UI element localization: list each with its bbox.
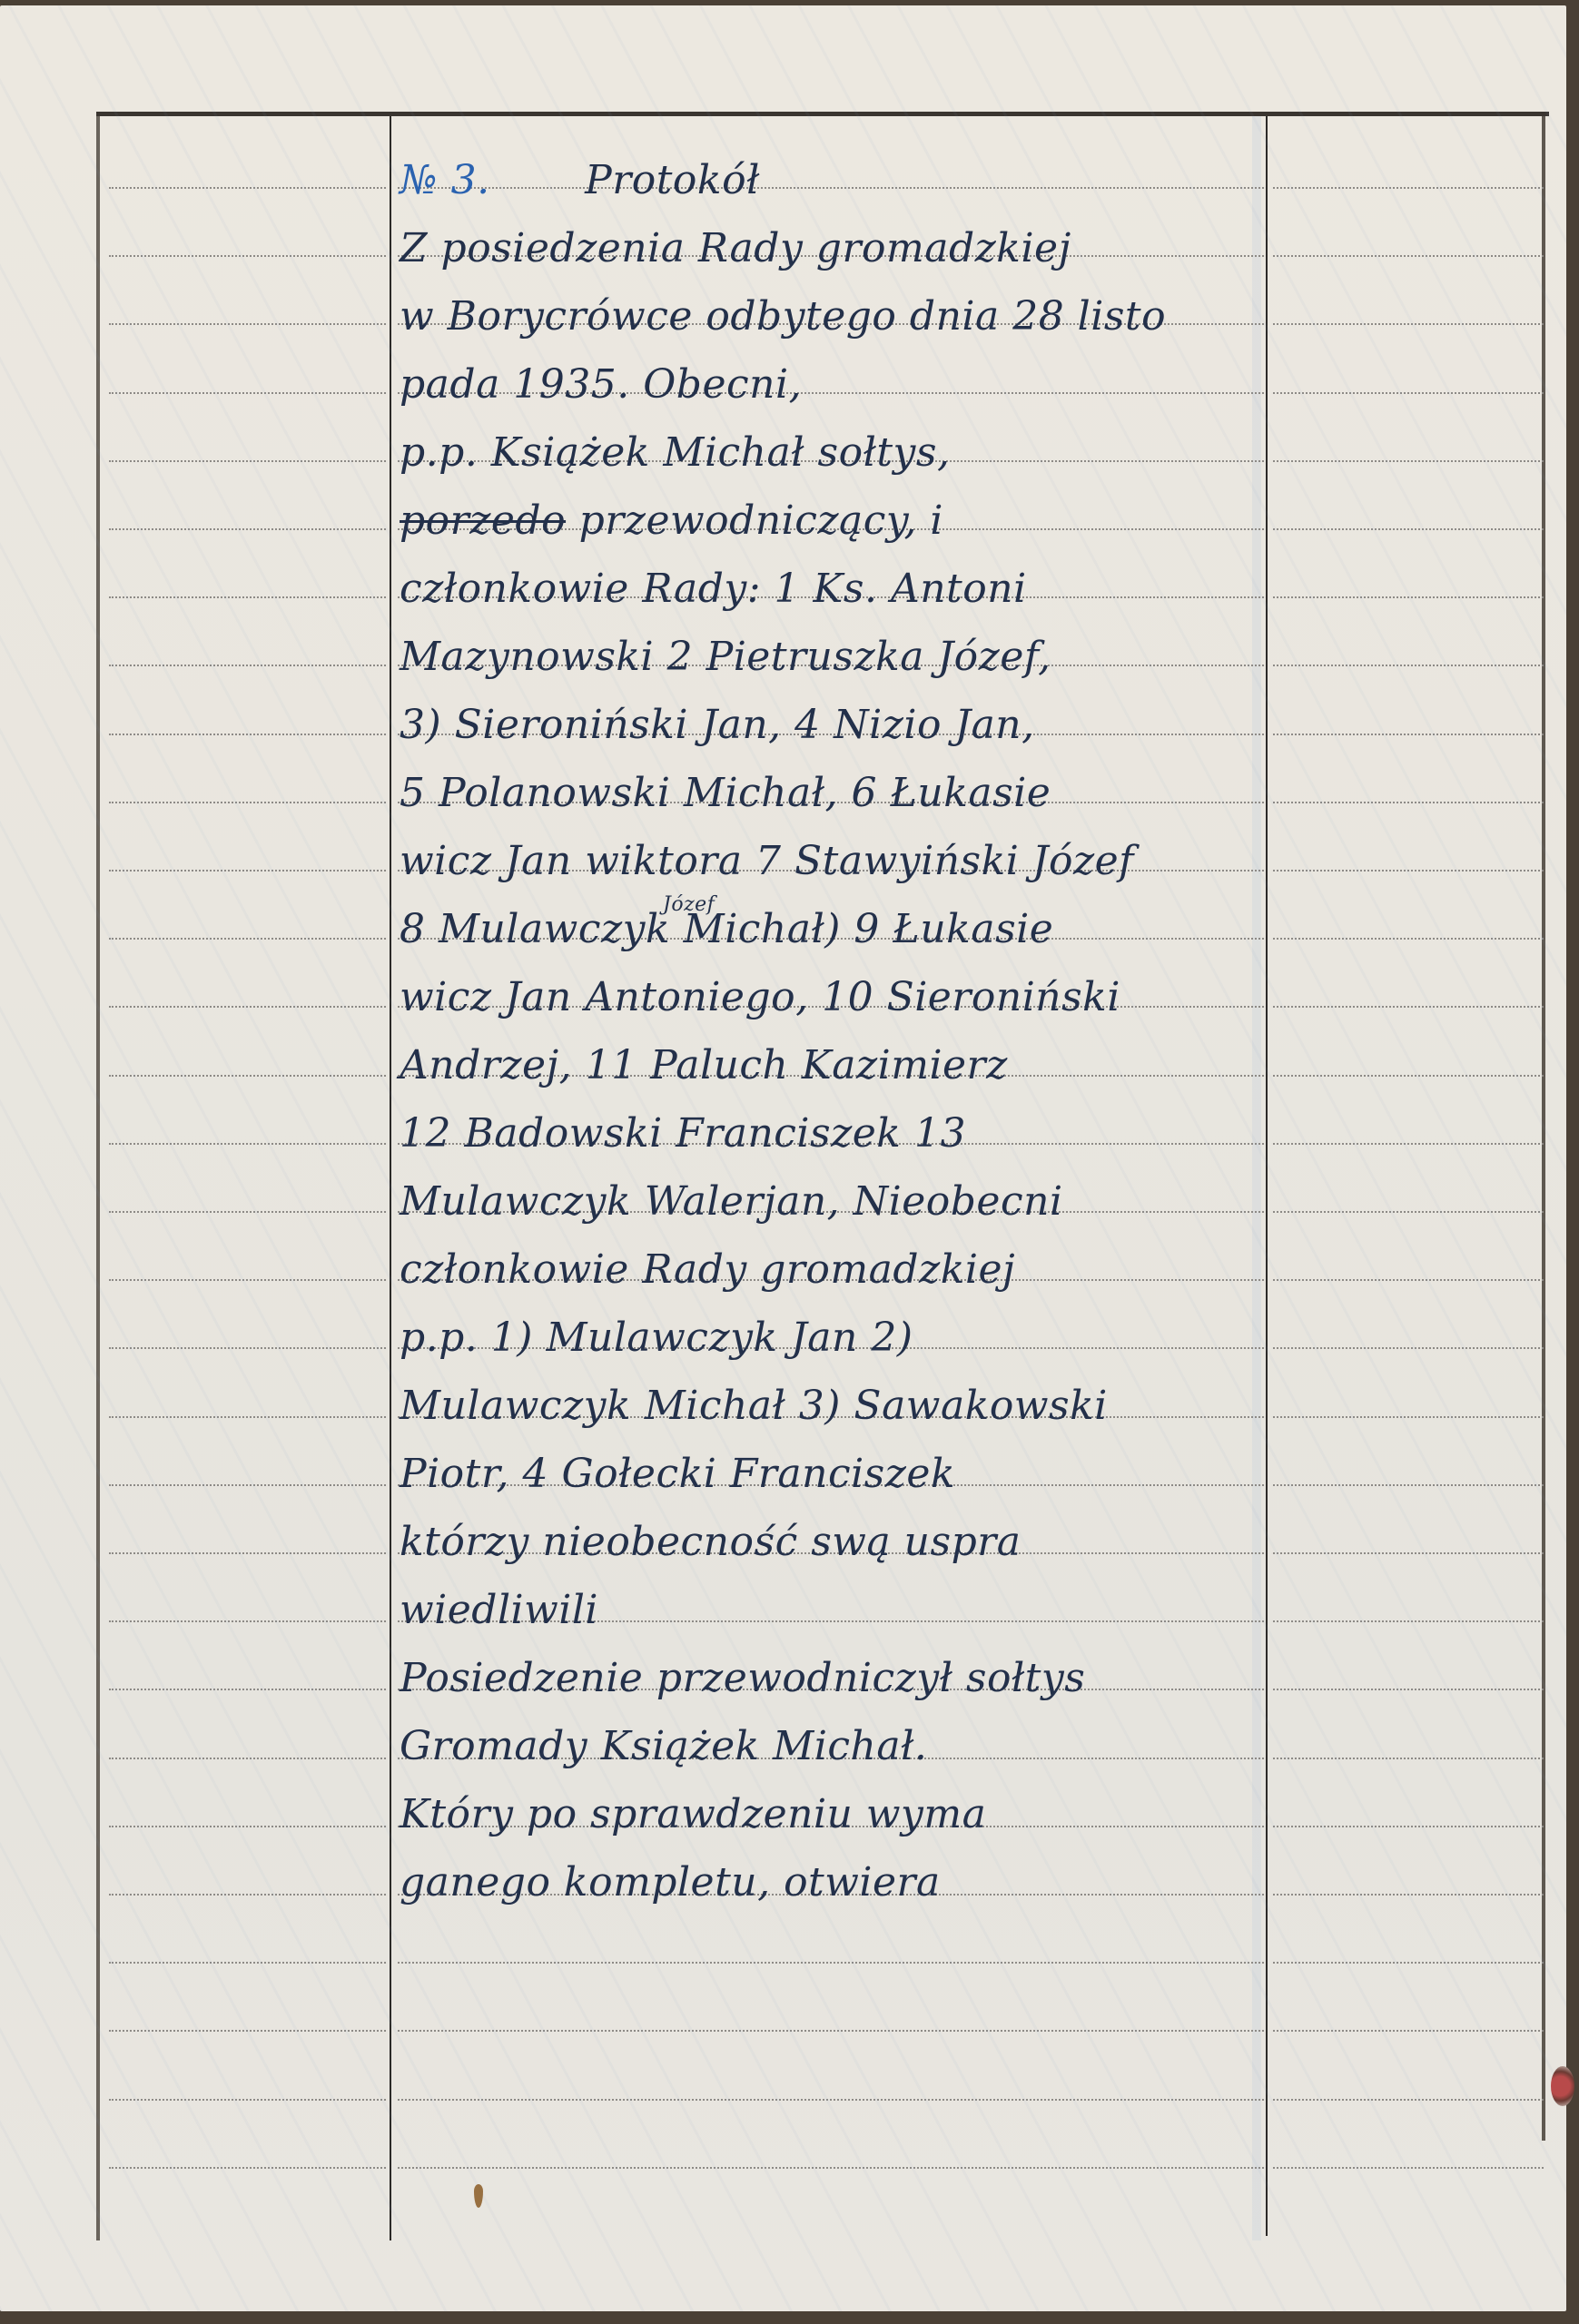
protocol-number: № 3. <box>400 157 490 203</box>
text-line: 5 Polanowski Michał, 6 Łukasie <box>400 759 1271 827</box>
ruled-line <box>398 1962 1264 1964</box>
text-line: którzy nieobecność swą uspra <box>400 1508 1271 1576</box>
ruled-line <box>1273 187 1544 189</box>
ruled-line <box>1273 1894 1544 1896</box>
ruled-line <box>109 1143 386 1145</box>
binding-hole <box>1551 2066 1574 2106</box>
protocol-heading: № 3. Protokół <box>400 146 1271 214</box>
ruled-line <box>398 2030 1264 2032</box>
text-line: 3) Sieroniński Jan, 4 Nizio Jan, <box>400 691 1271 759</box>
ruled-line <box>109 1279 386 1281</box>
ruled-line <box>109 1075 386 1077</box>
ruled-line <box>1273 802 1544 803</box>
left-border-line <box>96 116 100 2240</box>
ruled-line <box>1273 1484 1544 1486</box>
ruled-line <box>1273 1552 1544 1554</box>
text-line: Z posiedzenia Rady gromadzkiej <box>400 214 1271 282</box>
text-line: Gromady Książek Michał. <box>400 1712 1271 1780</box>
ruled-line <box>109 596 386 598</box>
ruled-line <box>1273 1347 1544 1349</box>
inserted-correction: Józef <box>663 895 715 915</box>
text-line: wiedliwili <box>400 1576 1271 1644</box>
ruled-line <box>109 734 386 735</box>
ruled-line <box>398 2099 1264 2101</box>
ruled-line <box>1273 665 1544 666</box>
ruled-line <box>1273 1006 1544 1008</box>
ruled-line <box>109 392 386 394</box>
text-line: Andrzej, 11 Paluch Kazimierz <box>400 1031 1271 1099</box>
text-line: ganego kompletu, otwiera <box>400 1848 1271 1916</box>
text-line: członkowie Rady gromadzkiej <box>400 1236 1271 1304</box>
ruled-line <box>1273 1826 1544 1827</box>
ruled-line <box>1273 1075 1544 1077</box>
ruled-line <box>109 1552 386 1554</box>
ruled-line <box>109 1347 386 1349</box>
ruled-line <box>109 323 386 325</box>
ruled-line <box>1273 2030 1544 2032</box>
margin-column-divider <box>390 116 391 2240</box>
ruled-line <box>109 1894 386 1896</box>
right-border-line <box>1542 116 1545 2141</box>
ruled-line <box>109 187 386 189</box>
ruled-line <box>1273 323 1544 325</box>
text-line-with-correction: Józef 8 Mulawczyk Michał) 9 Łukasie <box>400 895 1271 963</box>
text-fragment: 8 Mulawczyk Michał) 9 Łukasie <box>400 906 1053 952</box>
text-line: 12 Badowski Franciszek 13 <box>400 1099 1271 1167</box>
text-line: Mulawczyk Walerjan, Nieobecni <box>400 1167 1271 1236</box>
ruled-line <box>109 665 386 666</box>
text-line: pada 1935. Obecni, <box>400 350 1271 419</box>
text-line: Mazynowski 2 Pietruszka Józef, <box>400 623 1271 691</box>
ruled-line <box>109 1689 386 1690</box>
register-page: № 3. Protokół Z posiedzenia Rady gromadz… <box>0 5 1566 2311</box>
text-fragment: przewodniczący, i <box>579 497 943 544</box>
ruled-line <box>109 802 386 803</box>
ruled-line <box>1273 870 1544 871</box>
ruled-line <box>109 1620 386 1622</box>
main-text-column: № 3. Protokół Z posiedzenia Rady gromadz… <box>400 146 1271 1916</box>
ruled-line <box>109 1006 386 1008</box>
ruled-line <box>109 938 386 940</box>
ruled-line <box>109 1211 386 1213</box>
ruled-line <box>1273 938 1544 940</box>
ruled-line <box>398 2167 1264 2169</box>
ruled-line <box>1273 392 1544 394</box>
text-line: Posiedzenie przewodniczył sołtys <box>400 1644 1271 1712</box>
text-line-with-strike: porzedo przewodniczący, i <box>400 487 1271 555</box>
text-line: p.p. Książek Michał sołtys, <box>400 419 1271 487</box>
ruled-line <box>109 255 386 257</box>
ruled-line <box>1273 1689 1544 1690</box>
ruled-line <box>1273 2167 1544 2169</box>
ruled-line <box>1273 1620 1544 1622</box>
text-line: wicz Jan Antoniego, 10 Sieroniński <box>400 963 1271 1031</box>
ruled-line <box>1273 2099 1544 2101</box>
ruled-line <box>1273 255 1544 257</box>
ruled-line <box>1273 596 1544 598</box>
ruled-line <box>109 1758 386 1759</box>
ruled-line <box>109 1826 386 1827</box>
ruled-line <box>109 1962 386 1964</box>
ruled-line <box>109 528 386 530</box>
ruled-line <box>109 870 386 871</box>
ruled-line <box>109 1416 386 1418</box>
ruled-line <box>1273 1211 1544 1213</box>
text-line: wicz Jan wiktora 7 Stawyiński Józef <box>400 827 1271 895</box>
ruled-line <box>109 1484 386 1486</box>
struck-word: porzedo <box>400 497 566 544</box>
ruled-line <box>1273 1279 1544 1281</box>
ruled-line <box>109 2030 386 2032</box>
ruled-line <box>1273 1758 1544 1759</box>
text-line: Mulawczyk Michał 3) Sawakowski <box>400 1372 1271 1440</box>
protocol-title: Protokół <box>585 157 760 203</box>
ruled-line <box>1273 1416 1544 1418</box>
text-line: w Borycrówce odbytego dnia 28 listo <box>400 282 1271 350</box>
ruled-line <box>109 460 386 462</box>
text-line: Który po sprawdzeniu wyma <box>400 1780 1271 1848</box>
text-line: członkowie Rady: 1 Ks. Antoni <box>400 555 1271 623</box>
ruled-line <box>1273 460 1544 462</box>
ruled-line <box>1273 528 1544 530</box>
ruled-line <box>1273 734 1544 735</box>
ruled-line <box>1273 1962 1544 1964</box>
ruled-line <box>109 2167 386 2169</box>
text-line: Piotr, 4 Gołecki Franciszek <box>400 1440 1271 1508</box>
text-line: p.p. 1) Mulawczyk Jan 2) <box>400 1304 1271 1372</box>
ruled-line <box>1273 1143 1544 1145</box>
ruled-line <box>109 2099 386 2101</box>
